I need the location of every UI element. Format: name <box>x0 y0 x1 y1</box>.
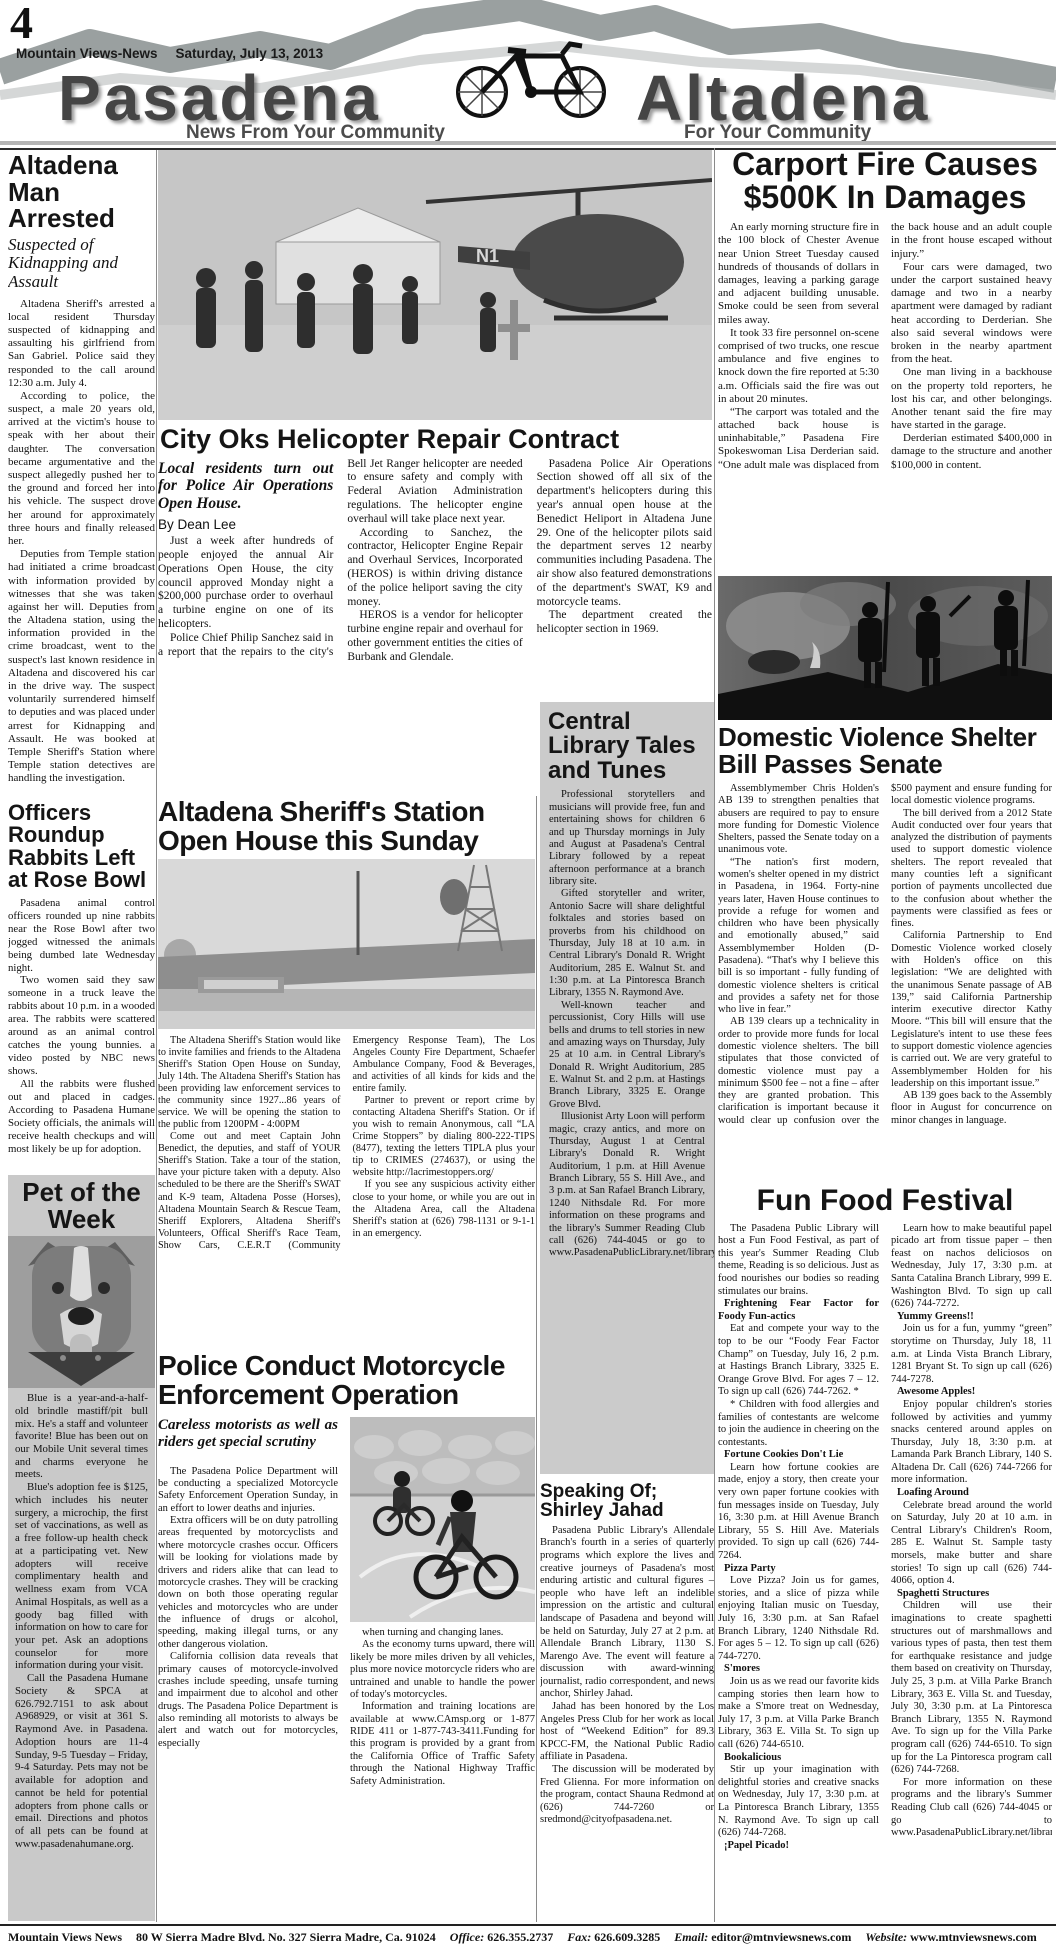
paragraph: Stir up your imagination with delightful… <box>718 1764 879 1840</box>
article-headline: Fun Food Festival <box>718 1186 1052 1217</box>
bicycle-icon <box>438 36 623 120</box>
paragraph: Learn how fortune cookies are made, enjo… <box>718 1462 879 1563</box>
paragraph: Blue's adoption fee is $125, which inclu… <box>15 1481 148 1672</box>
article-headline: Altadena Sheriff's Station Open House th… <box>158 798 535 855</box>
paragraph: If you see any suspicious activity eithe… <box>353 1179 536 1239</box>
banner-word-altadena: Altadena <box>636 66 930 130</box>
article-sheriff-open-house: Altadena Sheriff's Station Open House th… <box>158 798 535 1348</box>
paragraph: The bill derived from a 2012 State Audit… <box>891 808 1052 931</box>
paragraph: An early morning structure fire in the 1… <box>718 221 879 327</box>
article-headline: Police Conduct Motorcycle Enforcement Op… <box>158 1352 535 1409</box>
paragraph: Call the Pasadena Humane Society & SPCA … <box>15 1672 148 1850</box>
article-central-library-tales: Central Library Tales and Tunes Professi… <box>540 702 714 1474</box>
footer-contact-line: Mountain Views News 80 W Sierra Madre Bl… <box>0 1930 1056 1945</box>
masthead-date: Saturday, July 13, 2013 <box>176 46 324 61</box>
article-speaking-of-shirley-jahad: Speaking Of; Shirley Jahad Pasadena Publ… <box>540 1482 714 1922</box>
sub-section-heading: Fortune Cookies Don't Lie <box>718 1449 879 1462</box>
article-body: Professional storytellers and musicians … <box>540 785 714 1263</box>
newspaper-page: 4 Mountain Views-NewsSaturday, July 13, … <box>0 0 1056 1956</box>
article-altadena-man-arrested: Altadena Man Arrested Suspected of Kidna… <box>8 152 155 798</box>
sub-section-heading: Yummy Greens!! <box>891 1311 1052 1324</box>
article-headline: City Oks Helicopter Repair Contract <box>160 426 712 454</box>
article-intro: Careless motorists as well as riders get… <box>158 1417 338 1452</box>
paragraph: For more information on these programs a… <box>891 1777 1052 1840</box>
paragraph: The Pasadena Public Library will host a … <box>718 1223 879 1299</box>
paragraph: The department created the helicopter se… <box>537 609 712 637</box>
paragraph: Professional storytellers and musicians … <box>549 789 705 888</box>
paragraph: “The nation's first modern, women's shel… <box>718 857 879 1017</box>
paragraph: California collision data reveals that p… <box>158 1651 338 1750</box>
paragraph: Join us for a fun, yummy “green” storyti… <box>891 1323 1052 1386</box>
masthead-line: Mountain Views-NewsSaturday, July 13, 20… <box>16 46 323 61</box>
article-body: Assemblymember Chris Holden's AB 139 to … <box>718 783 1052 1175</box>
article-fun-food-festival: Fun Food Festival The Pasadena Public Li… <box>718 1186 1052 1922</box>
article-headline: Altadena Man Arrested <box>8 152 155 232</box>
paragraph: Children will use their imaginations to … <box>891 1600 1052 1776</box>
footer-website-url: www.mtnviewsnews.com <box>910 1930 1037 1944</box>
footer-office: Office: 626.355.2737 <box>450 1930 553 1945</box>
article-paragraphs: The Pasadena Police Department will be c… <box>158 1466 338 1751</box>
paragraph: Learn how to make beautiful papel picado… <box>891 1223 1052 1311</box>
paragraph: Well-known teacher and percussionist, Co… <box>549 1000 705 1111</box>
paragraph: The Altadena Sheriff's Station would lik… <box>158 1035 341 1131</box>
article-body: An early morning structure fire in the 1… <box>718 221 1052 565</box>
article-headline: Domestic Violence Shelter Bill Passes Se… <box>718 724 1052 777</box>
article-body: Pasadena Public Library's Allendale Bran… <box>540 1525 714 1827</box>
paragraph: when turning and changing lanes. <box>350 1627 535 1639</box>
footer-office-label: Office: <box>450 1930 484 1944</box>
paragraph: Pasadena Police Air Operations Section s… <box>537 458 712 610</box>
article-headline: Speaking Of; Shirley Jahad <box>540 1482 714 1521</box>
sub-section-heading: Frightening Fear Factor for Foody Fun-ac… <box>718 1298 879 1323</box>
article-body: Blue is a year-and-a-half-old brindle ma… <box>8 1388 155 1854</box>
paragraph: Partner to prevent or report crime by co… <box>353 1095 536 1179</box>
paragraph: According to Sanchez, the contractor, He… <box>347 527 522 610</box>
footer-website-label: Website: <box>865 1930 907 1944</box>
sub-section-heading: Loafing Around <box>891 1487 1052 1500</box>
banner-word-pasadena: Pasadena <box>58 66 381 130</box>
article-body: The Altadena Sheriff's Station would lik… <box>158 1035 535 1335</box>
footer-address: 80 W Sierra Madre Blvd. No. 327 Sierra M… <box>136 1930 436 1945</box>
article-headline: Carport Fire Causes $500K In Damages <box>718 148 1052 213</box>
paragraph: Pasadena Public Library's Allendale Bran… <box>540 1525 714 1701</box>
paragraph: According to police, the suspect, a male… <box>8 390 155 548</box>
paragraph: All the rabbits were flushed out and pla… <box>8 1078 155 1156</box>
article-body-column-1: Careless motorists as well as riders get… <box>158 1417 338 1913</box>
article-body: Pasadena animal control officers rounded… <box>8 897 155 1156</box>
footer-office-phone: 626.355.2737 <box>487 1930 553 1944</box>
article-headline: Pet of the Week <box>8 1175 155 1232</box>
footer-email-address: editor@mtnviewsnews.com <box>711 1930 851 1944</box>
paragraph: As the economy turns upward, there will … <box>350 1639 535 1701</box>
footer-email-label: Email: <box>674 1930 708 1944</box>
paragraph: It took 33 fire personnel on-scene compr… <box>718 327 879 406</box>
article-paragraphs: when turning and changing lanes.As the e… <box>350 1627 535 1788</box>
paragraph: Altadena Sheriff's arrested a local resi… <box>8 298 155 390</box>
firefighters-roof-photo-image <box>718 576 1052 720</box>
sub-section-heading: S'mores <box>718 1663 879 1676</box>
paragraph: Deputies from Temple station had initiat… <box>8 548 155 785</box>
column-divider <box>156 150 157 1922</box>
paragraph: Assemblymember Chris Holden's AB 139 to … <box>718 783 879 857</box>
article-domestic-violence-bill: Domestic Violence Shelter Bill Passes Se… <box>718 724 1052 1184</box>
footer-fax: Fax: 626.609.3285 <box>567 1930 660 1945</box>
paragraph: Jahad has been honored by the Los Angele… <box>540 1701 714 1764</box>
footer-fax-label: Fax: <box>567 1930 591 1944</box>
paragraph: Two women said they saw someone in a tru… <box>8 974 155 1078</box>
article-subhead: Suspected of Kidnapping and Assault <box>8 236 155 292</box>
paragraph: Gifted storyteller and writer, Antonio S… <box>549 888 705 999</box>
paragraph: * Children with food allergies and famil… <box>718 1399 879 1449</box>
sub-section-heading: Pizza Party <box>718 1563 879 1576</box>
paragraph: HEROS is a vendor for helicopter turbine… <box>347 609 522 664</box>
paragraph: The discussion will be moderated by Fred… <box>540 1764 714 1827</box>
paragraph: Extra officers will be on duty patrollin… <box>158 1515 338 1651</box>
page-number: 4 <box>10 0 33 46</box>
article-carport-fire: Carport Fire Causes $500K In Damages An … <box>718 148 1052 572</box>
paragraph: Pasadena animal control officers rounded… <box>8 897 155 975</box>
paragraph: Love Pizza? Join us for games, stories, … <box>718 1575 879 1663</box>
sub-section-heading: Bookalicious <box>718 1752 879 1765</box>
motorcycle-riders-photo <box>350 1417 535 1622</box>
paragraph: Just a week after hundreds of people enj… <box>158 535 333 632</box>
article-headline: Officers Roundup Rabbits Left at Rose Bo… <box>8 802 155 892</box>
article-body: The Pasadena Public Library will host a … <box>718 1223 1052 1915</box>
paragraph: Derderian estimated $400,000 in damage t… <box>891 432 1052 472</box>
taglines-row: News From Your Community For Your Commun… <box>0 122 1056 142</box>
footer-email: Email: editor@mtnviewsnews.com <box>674 1930 851 1945</box>
dog-blue-photo <box>8 1236 155 1388</box>
article-motorcycle-operation: Police Conduct Motorcycle Enforcement Op… <box>158 1352 535 1920</box>
paragraph: Four cars were damaged, two under the ca… <box>891 261 1052 367</box>
sub-section-heading: Spaghetti Structures <box>891 1588 1052 1601</box>
article-rabbits-rose-bowl: Officers Roundup Rabbits Left at Rose Bo… <box>8 802 155 1174</box>
masthead-title: Mountain Views-News <box>16 46 158 61</box>
footer-rule <box>0 1924 1056 1926</box>
article-body: Altadena Sheriff's arrested a local resi… <box>8 298 155 786</box>
paragraph: The Pasadena Police Department will be c… <box>158 1466 338 1516</box>
sheriff-station-photo <box>158 859 535 1029</box>
footer-website: Website: www.mtnviewsnews.com <box>865 1930 1036 1945</box>
column-divider <box>714 148 715 1922</box>
column-divider <box>536 796 537 1922</box>
paragraph: Enjoy popular children's stories followe… <box>891 1399 1052 1487</box>
sub-section-heading: ¡Papel Picado! <box>718 1840 879 1853</box>
article-body-column-2: when turning and changing lanes.As the e… <box>350 1417 535 1913</box>
article-intro: Local residents turn out for Police Air … <box>158 460 333 513</box>
paragraph: AB 139 goes back to the Assembly floor i… <box>891 1090 1052 1127</box>
paragraph: California Partnership to End Domestic V… <box>891 930 1052 1090</box>
article-byline: By Dean Lee <box>158 517 333 533</box>
article-headline: Central Library Tales and Tunes <box>540 702 714 785</box>
pet-of-the-week-box: Pet of the Week Blue is a year-and-a-hal… <box>8 1175 155 1921</box>
footer-fax-number: 626.609.3285 <box>594 1930 660 1944</box>
paragraph: One man living in a backhouse on the pro… <box>891 366 1052 432</box>
firefighters-roof-photo <box>718 576 1052 720</box>
paragraph: Blue is a year-and-a-half-old brindle ma… <box>15 1392 148 1481</box>
paragraph: Information and training locations are a… <box>350 1701 535 1788</box>
paragraph: Illusionist Arty Loon will perform magic… <box>549 1111 705 1260</box>
paragraph: Join us as we read our favorite kids cam… <box>718 1676 879 1752</box>
paragraph: Eat and compete your way to the top to b… <box>718 1323 879 1399</box>
helicopter-open-house-photo: N1 <box>158 150 712 420</box>
paragraph: Celebrate bread around the world on Satu… <box>891 1500 1052 1588</box>
sub-section-heading: Awesome Apples! <box>891 1386 1052 1399</box>
svg-text:N1: N1 <box>476 246 499 266</box>
footer-paper-name: Mountain Views News <box>8 1930 122 1945</box>
